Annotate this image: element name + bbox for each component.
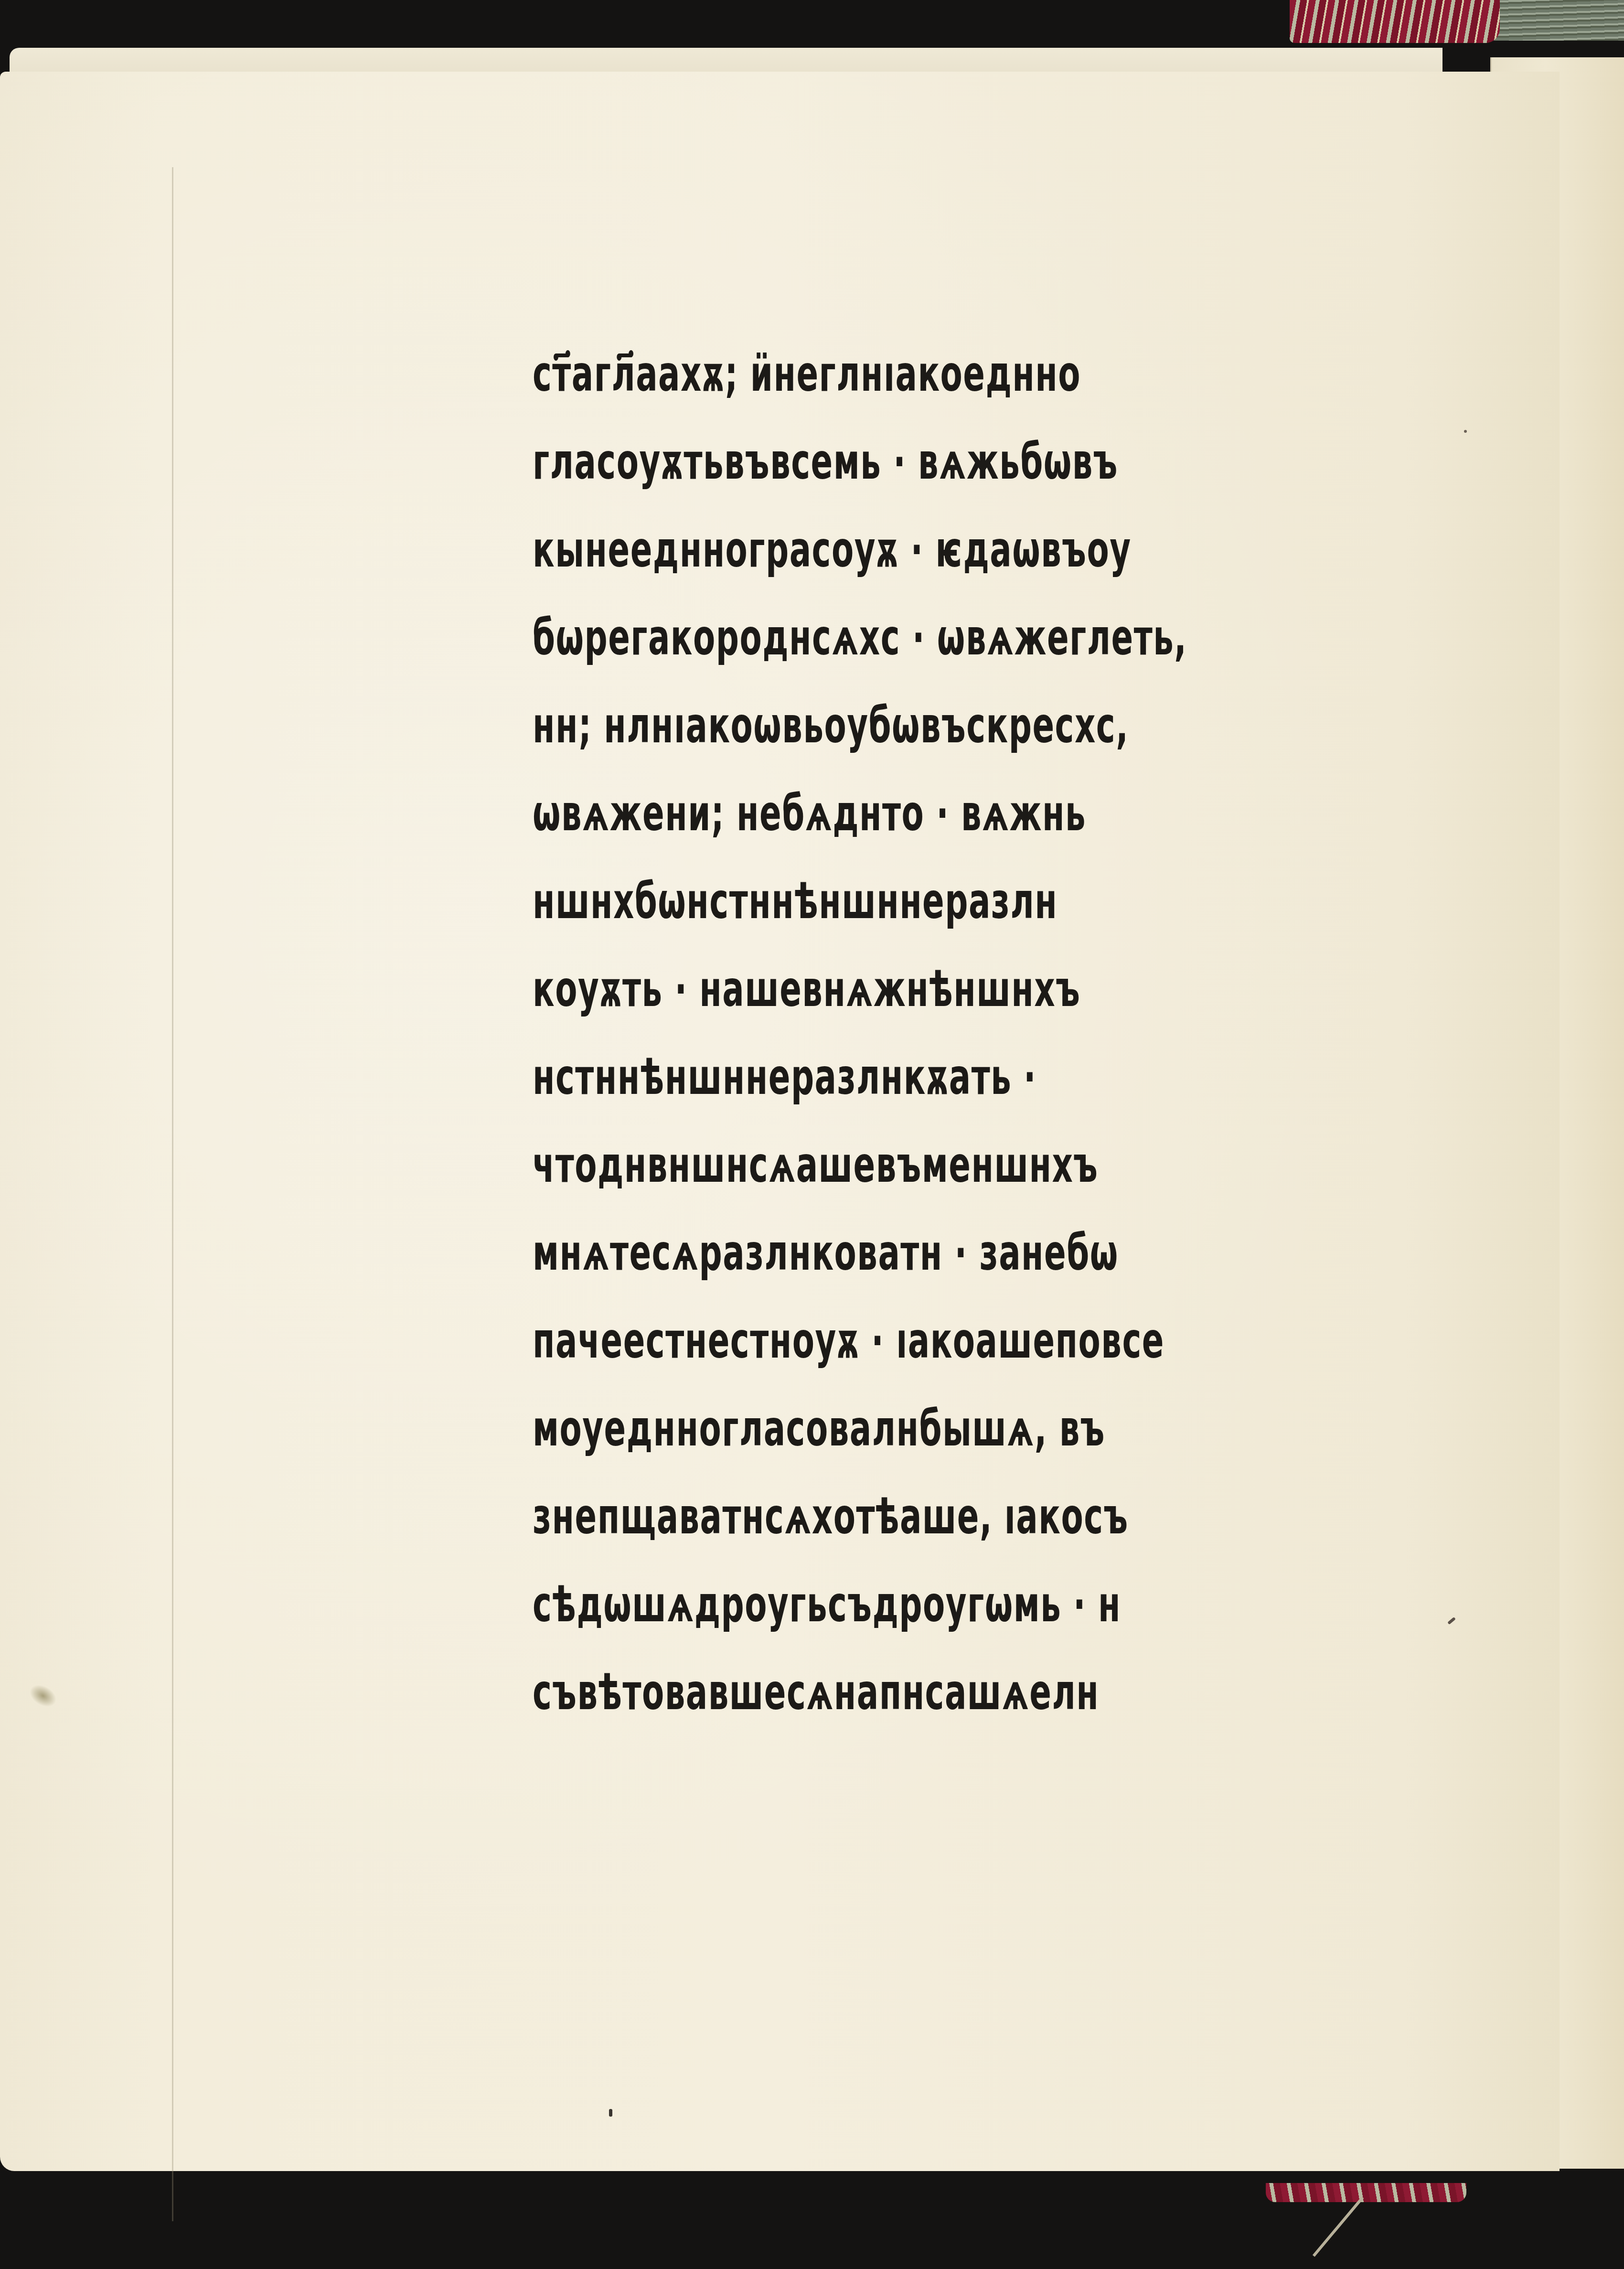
- text-line: нн; нлнıакоѡвьоубѡвъскресхс,: [533, 681, 1186, 769]
- binding-headband-top: [1290, 0, 1500, 43]
- text-line: ѡвѧжени; небѧднто · вѧжнь: [533, 769, 1186, 857]
- manuscript-text-block: ст҃агл҃аахѫ; ӥнеглнıакоеднно гласоуѫтьвъ…: [533, 330, 1440, 1736]
- text-line: ст҃агл҃аахѫ; ӥнеглнıакоеднно: [533, 330, 1186, 417]
- loose-thread: [1313, 2196, 1364, 2257]
- text-line: сѣдѡшѧдроугьсъдроугѡмь · н: [533, 1560, 1186, 1648]
- text-line: ншнхбѡнстннѣншннеразлн: [533, 857, 1186, 945]
- binding-headband-bottom: [1266, 2183, 1466, 2202]
- ink-speck: [1464, 430, 1467, 433]
- text-line: пачеестнестноуѫ · ıакоашеповсе: [533, 1296, 1186, 1384]
- text-line: знепщаватнсѧхотѣаше, ıакосъ: [533, 1472, 1186, 1560]
- text-line: коуѫть · нашевнѧжнѣншнхъ: [533, 945, 1186, 1033]
- paper-stain: [26, 1680, 60, 1712]
- text-line: съвѣтовавшесѧнапнсашѧелн: [533, 1648, 1186, 1736]
- text-line: бѡрегакороднсѧхс · ѡвѧжеглеть,: [533, 593, 1186, 681]
- text-line: моуеднногласовалнбышѧ, въ: [533, 1384, 1186, 1472]
- text-line: нстннѣншннеразлнкѫать ·: [533, 1033, 1186, 1121]
- guard-strip: [172, 167, 173, 2221]
- ink-speck: [609, 2109, 612, 2117]
- text-line: чтоднвншнсѧашевъменшнхъ: [533, 1121, 1186, 1209]
- text-line: гласоуѫтьвъвсемь · вѧжьбѡвъ: [533, 417, 1186, 505]
- text-line: мнѧтесѧразлнковатн · занебѡ: [533, 1209, 1186, 1296]
- text-line: кынеедннограсоуѫ · ѥдаѡвъоу: [533, 505, 1186, 593]
